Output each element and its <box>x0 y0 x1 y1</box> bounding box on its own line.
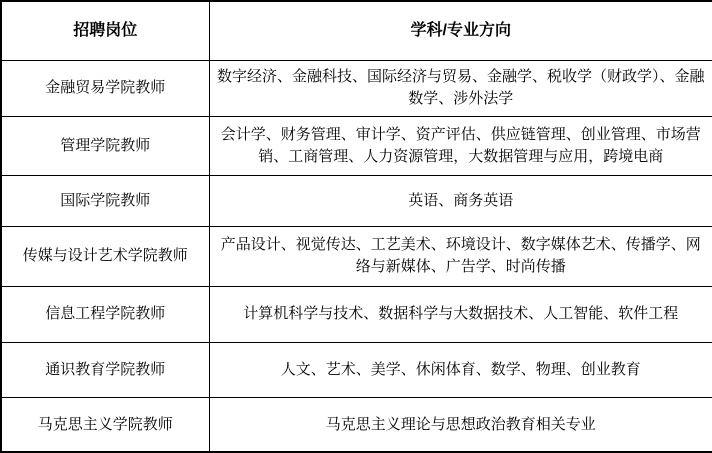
recruitment-table: 招聘岗位 学科/专业方向 金融贸易学院教师 数字经济、金融科技、国际经济与贸易、… <box>0 0 712 453</box>
position-cell: 信息工程学院教师 <box>1 286 209 342</box>
majors-cell: 人文、艺术、美学、休闲体育、数学、物理、创业教育 <box>209 342 712 397</box>
table-row: 马克思主义学院教师 马克思主义理论与思想政治教育相关专业 <box>1 398 712 452</box>
table-row: 管理学院教师 会计学、财务管理、审计学、资产评估、供应链管理、创业管理、市场营销… <box>1 116 712 175</box>
position-cell: 通识教育学院教师 <box>1 342 209 397</box>
position-cell: 传媒与设计艺术学院教师 <box>1 227 209 286</box>
position-cell: 国际学院教师 <box>1 176 209 227</box>
majors-cell: 会计学、财务管理、审计学、资产评估、供应链管理、创业管理、市场营销、工商管理、人… <box>209 116 712 175</box>
table-row: 信息工程学院教师 计算机科学与技术、数据科学与大数据技术、人工智能、软件工程 <box>1 286 712 342</box>
majors-cell: 马克思主义理论与思想政治教育相关专业 <box>209 398 712 452</box>
table-row: 国际学院教师 英语、商务英语 <box>1 176 712 227</box>
majors-cell: 计算机科学与技术、数据科学与大数据技术、人工智能、软件工程 <box>209 286 712 342</box>
majors-cell: 数字经济、金融科技、国际经济与贸易、金融学、税收学（财政学）、金融数学、涉外法学 <box>209 60 712 116</box>
table-row: 传媒与设计艺术学院教师 产品设计、视觉传达、工艺美术、环境设计、数字媒体艺术、传… <box>1 227 712 286</box>
position-cell: 马克思主义学院教师 <box>1 398 209 452</box>
column-header-position: 招聘岗位 <box>1 1 209 60</box>
position-cell: 金融贸易学院教师 <box>1 60 209 116</box>
majors-cell: 产品设计、视觉传达、工艺美术、环境设计、数字媒体艺术、传播学、网络与新媒体、广告… <box>209 227 712 286</box>
column-header-majors: 学科/专业方向 <box>209 1 712 60</box>
header-row: 招聘岗位 学科/专业方向 <box>1 1 712 60</box>
table-row: 金融贸易学院教师 数字经济、金融科技、国际经济与贸易、金融学、税收学（财政学）、… <box>1 60 712 116</box>
page: 招聘岗位 学科/专业方向 金融贸易学院教师 数字经济、金融科技、国际经济与贸易、… <box>0 0 712 453</box>
position-cell: 管理学院教师 <box>1 116 209 175</box>
majors-cell: 英语、商务英语 <box>209 176 712 227</box>
table-row: 通识教育学院教师 人文、艺术、美学、休闲体育、数学、物理、创业教育 <box>1 342 712 397</box>
